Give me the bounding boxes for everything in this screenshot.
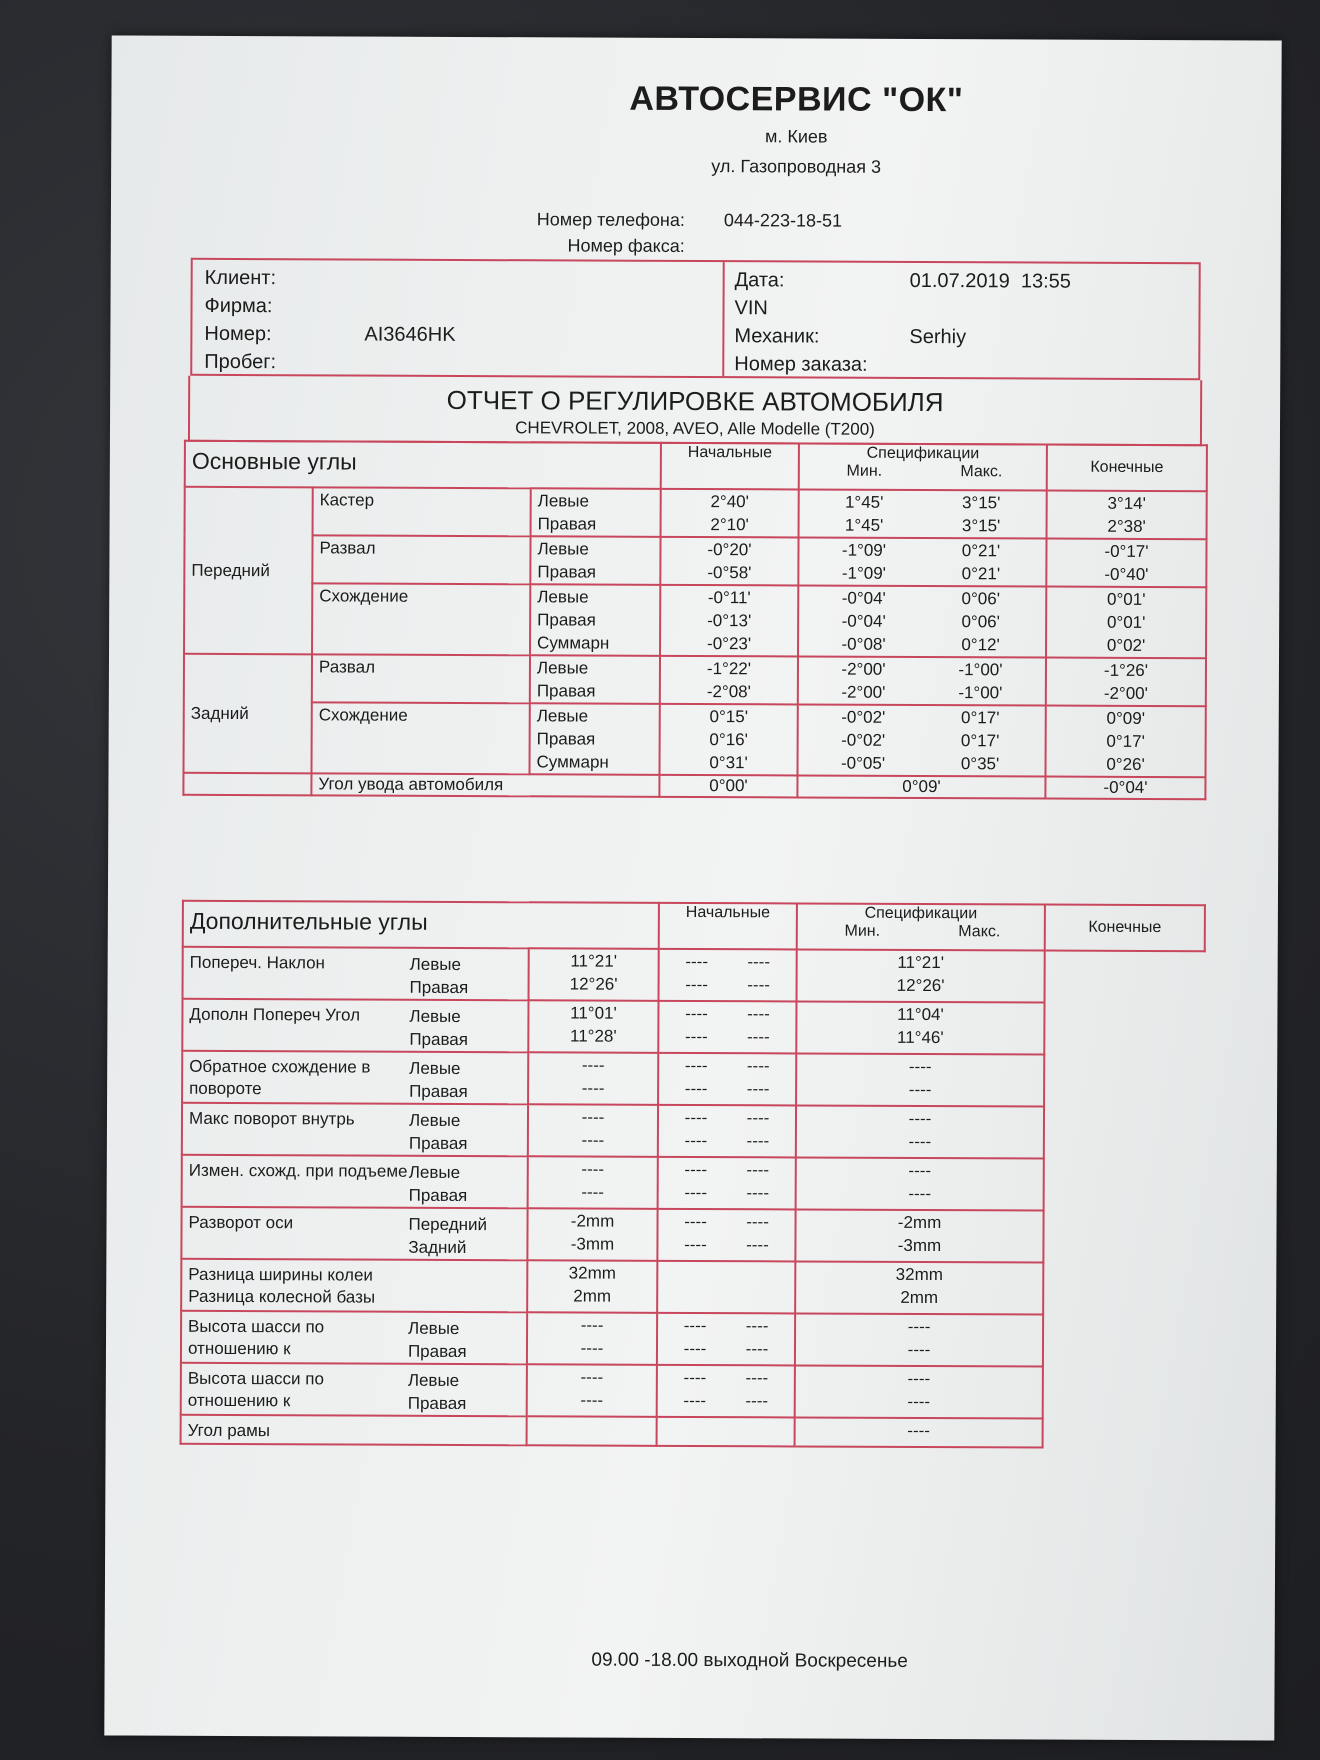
spec-min: ---- [664,1314,726,1337]
param-name: Попереч. НаклонЛевыеПравая [183,947,529,1001]
param-name: Угол рамы [181,1415,527,1446]
table-row: Разница ширины колеи Разница колесной ба… [181,1259,1203,1315]
spec-max: -1°00' [922,658,1039,682]
table-row: Обратное схождение в поворотеЛевыеПравая… [182,1051,1204,1107]
spec-max: 0°35' [922,752,1039,776]
initial-values: 0°15'0°16'0°31' [660,704,798,776]
table-row: Высота шасси по отношению кЛевыеПравая--… [181,1311,1203,1367]
side-labels: ЛевыеПраваяСуммарн [530,584,660,656]
initial-values: -------- [528,1156,658,1209]
table-row: СхождениеЛевыеПраваяСуммарн-0°11'-0°13'-… [184,583,1206,658]
thrust-final: -0°04' [1045,777,1205,800]
spec-max: -1°00' [922,681,1039,705]
initial-values: -------- [528,1052,658,1105]
table-row: Попереч. НаклонЛевыеПравая11°21'12°26'--… [183,947,1205,1003]
spec-values: ---------------- [657,1365,795,1418]
spec-min [664,1262,726,1285]
param-name: Схождение [311,702,529,774]
spec-values: ---------------- [658,1053,796,1106]
param-name: Высота шасси по отношению кЛевыеПравая [181,1363,527,1417]
spec-min: -0°02' [805,728,922,752]
param-name: Разворот осиПереднийЗадний [181,1207,527,1261]
table-row: РазвалЛевыеПравая-0°20'-0°58'-1°09'0°21'… [184,535,1206,587]
final-values: 11°21'12°26' [797,949,1045,1002]
spec-min: ---- [666,950,728,973]
spec-max [726,1262,788,1285]
spec-max: ---- [726,1366,788,1389]
final-values: 11°04'11°46' [796,1001,1044,1054]
final-values: -------- [796,1053,1044,1106]
spec-min: ---- [665,1106,727,1129]
spec-max: 0°06' [922,610,1039,634]
final-values: ---- [795,1417,1043,1447]
initial-values [527,1416,657,1446]
company-city: м. Киев [111,123,1320,150]
spec-max: 0°17' [922,706,1039,730]
spec-min [664,1285,726,1308]
spec-max: 0°21' [922,562,1039,586]
spec-max: 0°12' [922,633,1039,657]
spec-max: 0°06' [922,587,1039,611]
spec-min: -0°04' [805,609,922,633]
spec-min: ---- [664,1233,726,1256]
side-labels: ЛевыеПраваяСуммарн [529,703,659,775]
main-angles-header: Основные углы Начальные Спецификации Мин… [185,441,1207,491]
param-name: Измен. схожд. при подъемеЛевыеПравая [182,1155,528,1209]
company-name: АВТОСЕРВИС "ОК" [111,77,1320,122]
spec-values [657,1417,795,1447]
spec-min: -1°09' [805,538,922,562]
main-angles-table: Основные углы Начальные Спецификации Мин… [182,440,1208,800]
spec-min: ---- [665,1025,727,1048]
col-initial: Начальные [659,903,797,950]
col-spec: Спецификации Мин.Макс. [797,903,1045,950]
info-vin: VIN [722,294,1198,324]
final-values: -------- [795,1313,1043,1366]
spec-min: ---- [664,1389,726,1412]
spec-min: ---- [665,1002,727,1025]
table-row: ЗаднийРазвалЛевыеПравая-1°22'-2°08'-2°00… [184,654,1206,706]
initial-values: 11°01'11°28' [528,1000,658,1053]
spec-min: 1°45' [806,513,923,537]
spec-values: -0°02'0°17'-0°02'0°17'-0°05'0°35' [798,704,1046,776]
param-name: Схождение [312,583,530,655]
final-values: -1°26'-2°00' [1046,658,1206,707]
spec-max: ---- [726,1314,788,1337]
axle-label: Задний [183,654,312,774]
initial-values: 11°21'12°26' [529,948,659,1001]
additional-angles-table: Дополнительные углы Начальные Спецификац… [180,900,1206,1449]
final-values: -------- [796,1157,1044,1210]
spec-max: ---- [728,973,790,996]
param-name: Кастер [313,487,531,536]
spec-min: -0°04' [805,586,922,610]
table-row: Дополн Попереч УголЛевыеПравая11°01'11°2… [182,999,1204,1055]
info-mechanic: Механик:Serhiy [722,322,1198,352]
additional-angles-title: Дополнительные углы [183,901,659,949]
param-name: Обратное схождение в поворотеЛевыеПравая [182,1051,528,1105]
info-order-number: Номер заказа: [722,350,1198,380]
spec-max [726,1418,788,1441]
spec-max: ---- [726,1337,788,1360]
param-name: Разница ширины колеи Разница колесной ба… [181,1259,527,1313]
axle-label: Передний [184,487,313,655]
spec-min: ---- [665,1077,727,1100]
final-values: -------- [795,1365,1043,1418]
initial-values: -------- [527,1312,657,1365]
spec-max: ---- [727,1210,789,1233]
table-row: ПереднийКастерЛевыеПравая2°40'2°10'1°45'… [185,487,1207,539]
spec-min: ---- [665,1158,727,1181]
spec-min: -2°00' [805,657,922,681]
thrust-angle-row: Угол увода автомобиля0°00'0°09'-0°04' [183,773,1205,799]
report-title: ОТЧЕТ О РЕГУЛИРОВКЕ АВТОМОБИЛЯ [190,384,1200,419]
spec-max: ---- [728,950,790,973]
col-final: Конечные [1045,905,1205,952]
spec-max: ---- [727,1129,789,1152]
initial-values: -2mm-3mm [527,1208,657,1261]
spec-min: ---- [664,1337,726,1360]
table-row: Макс поворот внутрьЛевыеПравая----------… [182,1103,1204,1159]
spec-max [726,1285,788,1308]
param-name: Дополн Попереч УголЛевыеПравая [182,999,528,1053]
main-angles-title: Основные углы [185,441,661,489]
side-labels: ЛевыеПравая [530,536,660,585]
spec-min: ---- [665,1054,727,1077]
printed-report: АВТОСЕРВИС "ОК" м. Киев ул. Газопроводна… [104,35,1281,1740]
spec-values: ---------------- [658,1105,796,1158]
spec-max: ---- [727,1077,789,1100]
initial-values: 2°40'2°10' [661,489,799,538]
table-row: Угол рамы---- [181,1415,1203,1448]
final-values: -0°17'-0°40' [1046,539,1206,588]
table-row: СхождениеЛевыеПраваяСуммарн0°15'0°16'0°3… [183,702,1205,777]
side-labels: ЛевыеПравая [531,488,661,537]
phone-label: Номер телефона: [495,209,685,231]
client-info-left: Клиент: Фирма: Номер:AI3646HK Пробег: [192,260,724,376]
report-title-box: ОТЧЕТ О РЕГУЛИРОВКЕ АВТОМОБИЛЯ CHEVROLET… [188,376,1202,446]
final-values: 32mm2mm [795,1261,1043,1314]
spec-max: ---- [727,1106,789,1129]
final-values: -------- [796,1105,1044,1158]
table-row: Высота шасси по отношению кЛевыеПравая--… [181,1363,1203,1419]
spec-max: 0°21' [922,539,1039,563]
spec-max: ---- [726,1389,788,1412]
spec-max: ---- [727,1002,789,1025]
spec-values: ---------------- [659,949,797,1002]
phone-value: 044-223-18-51 [724,210,842,231]
info-plate: Номер:AI3646HK [192,320,722,350]
working-hours: 09.00 -18.00 выходной Воскресенье [105,1647,1320,1674]
spec-values [657,1261,795,1314]
thrust-angle-label: Угол увода автомобиля [311,773,659,797]
additional-angles-header: Дополнительные углы Начальные Спецификац… [183,901,1205,951]
col-initial: Начальные [661,443,799,490]
param-name: Развал [312,535,530,584]
col-final: Конечные [1047,445,1207,492]
final-values: 3°14'2°38' [1047,491,1207,540]
spec-values: ---------------- [658,1001,796,1054]
spec-min: ---- [666,973,728,996]
spec-values: ---------------- [658,1157,796,1210]
client-info-box: Клиент: Фирма: Номер:AI3646HK Пробег: Да… [190,258,1201,380]
spec-min: ---- [665,1181,727,1204]
spec-values: ---------------- [657,1209,795,1262]
param-name: Развал [312,654,530,703]
spec-max: ---- [727,1025,789,1048]
phone-row: Номер телефона: 044-223-18-51 [495,209,842,232]
spec-min: -2°00' [805,680,922,704]
thrust-initial: 0°00' [659,775,797,798]
table-row: Разворот осиПереднийЗадний-2mm-3mm------… [181,1207,1203,1263]
initial-values: -------- [527,1364,657,1417]
info-mileage: Пробег: [192,348,722,378]
spec-values: -0°04'0°06'-0°04'0°06'-0°08'0°12' [798,585,1046,657]
table-row: Измен. схожд. при подъемеЛевыеПравая----… [182,1155,1204,1211]
info-client: Клиент: [193,264,723,294]
company-street: ул. Газопроводная 3 [111,153,1320,180]
spec-min: -1°09' [805,561,922,585]
side-labels: ЛевыеПравая [530,655,660,704]
final-values: -2mm-3mm [795,1209,1043,1262]
param-name: Макс поворот внутрьЛевыеПравая [182,1103,528,1157]
param-name: Высота шасси по отношению кЛевыеПравая [181,1311,527,1365]
spec-min: -0°02' [805,705,922,729]
initial-values: -0°20'-0°58' [660,537,798,586]
spec-max: ---- [727,1054,789,1077]
spec-min: 1°45' [806,490,923,514]
final-values: 0°01'0°01'0°02' [1046,587,1206,659]
spec-min: -0°08' [805,632,922,656]
thrust-spec: 0°09' [797,775,1045,798]
final-values: 0°09'0°17'0°26' [1046,706,1206,778]
fax-label: Номер факса: [495,235,685,257]
spec-min [664,1418,726,1441]
fax-row: Номер факса: [495,235,685,257]
client-info-right: Дата:01.07.2019 13:55 VIN Механик:Serhiy… [722,262,1198,378]
spec-min: -0°05' [805,751,922,775]
spec-max: 3°15' [923,491,1040,515]
spec-values: -2°00'-1°00'-2°00'-1°00' [798,656,1046,705]
spec-max: 0°17' [922,729,1039,753]
spec-values: ---------------- [657,1313,795,1366]
initial-values: -0°11'-0°13'-0°23' [660,585,798,657]
col-spec: Спецификации Мин.Макс. [799,443,1047,490]
spec-values: -1°09'0°21'-1°09'0°21' [798,537,1046,586]
spec-max: ---- [727,1158,789,1181]
spec-min: ---- [664,1366,726,1389]
spec-max: 3°15' [923,514,1040,538]
spec-min: ---- [665,1129,727,1152]
vehicle-description: CHEVROLET, 2008, AVEO, Alle Modelle (T20… [190,417,1200,441]
spec-max: ---- [727,1181,789,1204]
info-firm: Фирма: [192,292,722,322]
info-date: Дата:01.07.2019 13:55 [723,266,1199,296]
initial-values: 32mm2mm [527,1260,657,1313]
spec-max: ---- [726,1233,788,1256]
initial-values: -------- [528,1104,658,1157]
spec-min: ---- [665,1210,727,1233]
spec-values: 1°45'3°15'1°45'3°15' [799,489,1047,538]
initial-values: -1°22'-2°08' [660,656,798,705]
